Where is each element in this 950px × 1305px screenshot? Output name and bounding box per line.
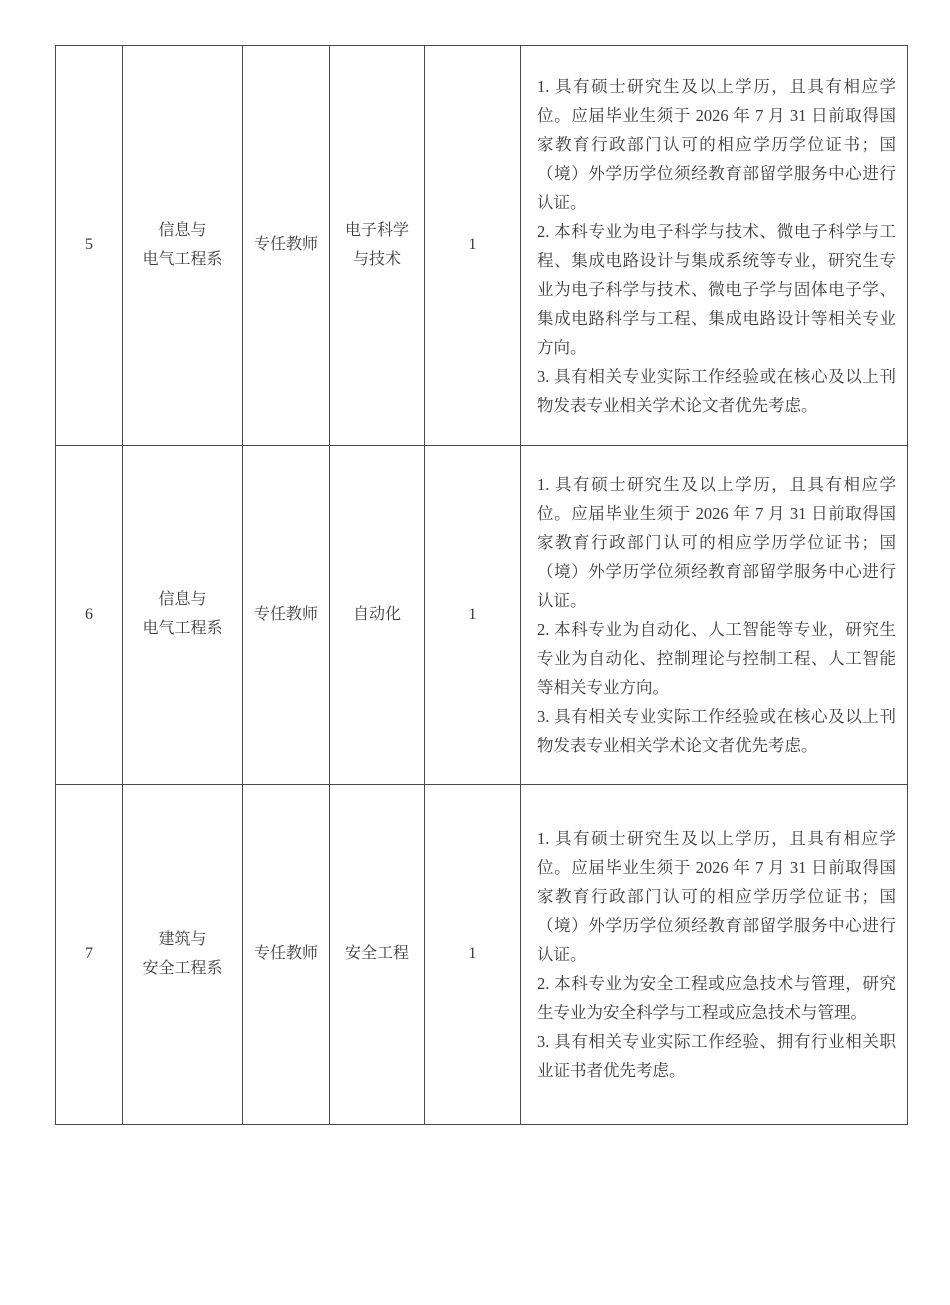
cell-headcount: 1 [425, 46, 521, 446]
cell-headcount: 1 [425, 785, 521, 1125]
requirement-item: 3. 具有相关专业实际工作经验或在核心及以上刊物发表专业相关学术论文者优先考虑。 [537, 702, 896, 760]
table-row: 5 信息与 电气工程系 专任教师 电子科学 与技术 1 1. 具有硕士研究生及以… [56, 46, 908, 446]
cell-requirements: 1. 具有硕士研究生及以上学历，且具有相应学位。应届毕业生须于 2026 年 7… [521, 46, 908, 446]
cell-serial-number: 6 [56, 446, 123, 785]
requirement-item: 1. 具有硕士研究生及以上学历，且具有相应学位。应届毕业生须于 2026 年 7… [537, 470, 896, 615]
cell-serial-number: 5 [56, 46, 123, 446]
requirement-item: 3. 具有相关专业实际工作经验或在核心及以上刊物发表专业相关学术论文者优先考虑。 [537, 362, 896, 420]
requirement-item: 1. 具有硕士研究生及以上学历，且具有相应学位。应届毕业生须于 2026 年 7… [537, 824, 896, 969]
requirement-item: 1. 具有硕士研究生及以上学历，且具有相应学位。应届毕业生须于 2026 年 7… [537, 72, 896, 217]
requirement-item: 2. 本科专业为自动化、人工智能等专业，研究生专业为自动化、控制理论与控制工程、… [537, 615, 896, 702]
recruitment-table: 5 信息与 电气工程系 专任教师 电子科学 与技术 1 1. 具有硕士研究生及以… [55, 45, 908, 1125]
cell-position-type: 专任教师 [243, 446, 330, 785]
cell-department: 信息与 电气工程系 [123, 46, 243, 446]
cell-subject: 安全工程 [330, 785, 425, 1125]
cell-headcount: 1 [425, 446, 521, 785]
cell-subject: 电子科学 与技术 [330, 46, 425, 446]
document-page: 5 信息与 电气工程系 专任教师 电子科学 与技术 1 1. 具有硕士研究生及以… [0, 0, 950, 1305]
table-row: 7 建筑与 安全工程系 专任教师 安全工程 1 1. 具有硕士研究生及以上学历，… [56, 785, 908, 1125]
cell-position-type: 专任教师 [243, 785, 330, 1125]
requirement-item: 2. 本科专业为电子科学与技术、微电子科学与工程、集成电路设计与集成系统等专业，… [537, 217, 896, 362]
requirement-item: 2. 本科专业为安全工程或应急技术与管理，研究生专业为安全科学与工程或应急技术与… [537, 969, 896, 1027]
cell-requirements: 1. 具有硕士研究生及以上学历，且具有相应学位。应届毕业生须于 2026 年 7… [521, 785, 908, 1125]
cell-position-type: 专任教师 [243, 46, 330, 446]
cell-subject: 自动化 [330, 446, 425, 785]
cell-requirements: 1. 具有硕士研究生及以上学历，且具有相应学位。应届毕业生须于 2026 年 7… [521, 446, 908, 785]
table-row: 6 信息与 电气工程系 专任教师 自动化 1 1. 具有硕士研究生及以上学历，且… [56, 446, 908, 785]
cell-department: 建筑与 安全工程系 [123, 785, 243, 1125]
cell-department: 信息与 电气工程系 [123, 446, 243, 785]
requirement-item: 3. 具有相关专业实际工作经验、拥有行业相关职业证书者优先考虑。 [537, 1027, 896, 1085]
cell-serial-number: 7 [56, 785, 123, 1125]
